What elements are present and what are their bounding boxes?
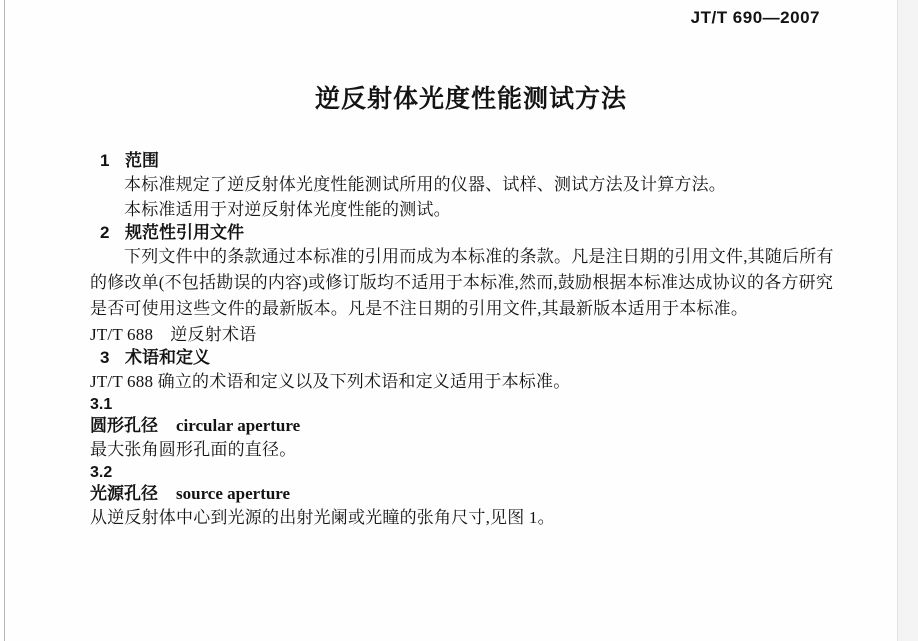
referenced-standard: JT/T 688 逆反射术语 xyxy=(90,322,870,347)
references-paragraph-line: 的修改单(不包括勘误的内容)或修订版均不适用于本标准,然而,鼓励根据本标准达成协… xyxy=(90,270,870,296)
document-body: 1范围 本标准规定了逆反射体光度性能测试所用的仪器、试样、测试方法及计算方法。 … xyxy=(90,150,870,530)
term-definition: 最大张角圆形孔面的直径。 xyxy=(90,437,870,462)
section-2-title: 规范性引用文件 xyxy=(125,223,244,242)
section-2-heading: 2规范性引用文件 xyxy=(90,222,870,244)
term-entry: 圆形孔径circular aperture xyxy=(90,415,870,437)
term-en: circular aperture xyxy=(176,416,300,435)
document-page: JT/T 690—2007 逆反射体光度性能测试方法 1范围 本标准规定了逆反射… xyxy=(0,0,918,641)
term-zh: 圆形孔径 xyxy=(90,416,158,435)
section-1-number: 1 xyxy=(100,150,125,172)
term-number: 3.2 xyxy=(90,462,870,483)
section-1-heading: 1范围 xyxy=(90,150,870,172)
term-number: 3.1 xyxy=(90,394,870,415)
terms-intro: JT/T 688 确立的术语和定义以及下列术语和定义适用于本标准。 xyxy=(90,369,870,394)
term-entry: 光源孔径source aperture xyxy=(90,483,870,505)
section-1-title: 范围 xyxy=(125,151,159,170)
term-definition: 从逆反射体中心到光源的出射光阑或光瞳的张角尺寸,见图 1。 xyxy=(90,505,870,530)
term-zh: 光源孔径 xyxy=(90,484,158,503)
references-paragraph-line: 是否可使用这些文件的最新版本。凡是不注日期的引用文件,其最新版本适用于本标准。 xyxy=(90,296,870,322)
section-2-number: 2 xyxy=(100,222,125,244)
scope-paragraph: 本标准适用于对逆反射体光度性能的测试。 xyxy=(90,197,870,222)
term-en: source aperture xyxy=(176,484,290,503)
doc-title: 逆反射体光度性能测试方法 xyxy=(0,84,918,114)
references-paragraph-line: 下列文件中的条款通过本标准的引用而成为本标准的条款。凡是注日期的引用文件,其随后… xyxy=(90,244,870,270)
section-3-heading: 3术语和定义 xyxy=(90,347,870,369)
doc-number: JT/T 690—2007 xyxy=(691,8,820,28)
section-3-number: 3 xyxy=(100,347,125,369)
section-3-title: 术语和定义 xyxy=(125,348,210,367)
scope-paragraph: 本标准规定了逆反射体光度性能测试所用的仪器、试样、测试方法及计算方法。 xyxy=(90,172,870,197)
